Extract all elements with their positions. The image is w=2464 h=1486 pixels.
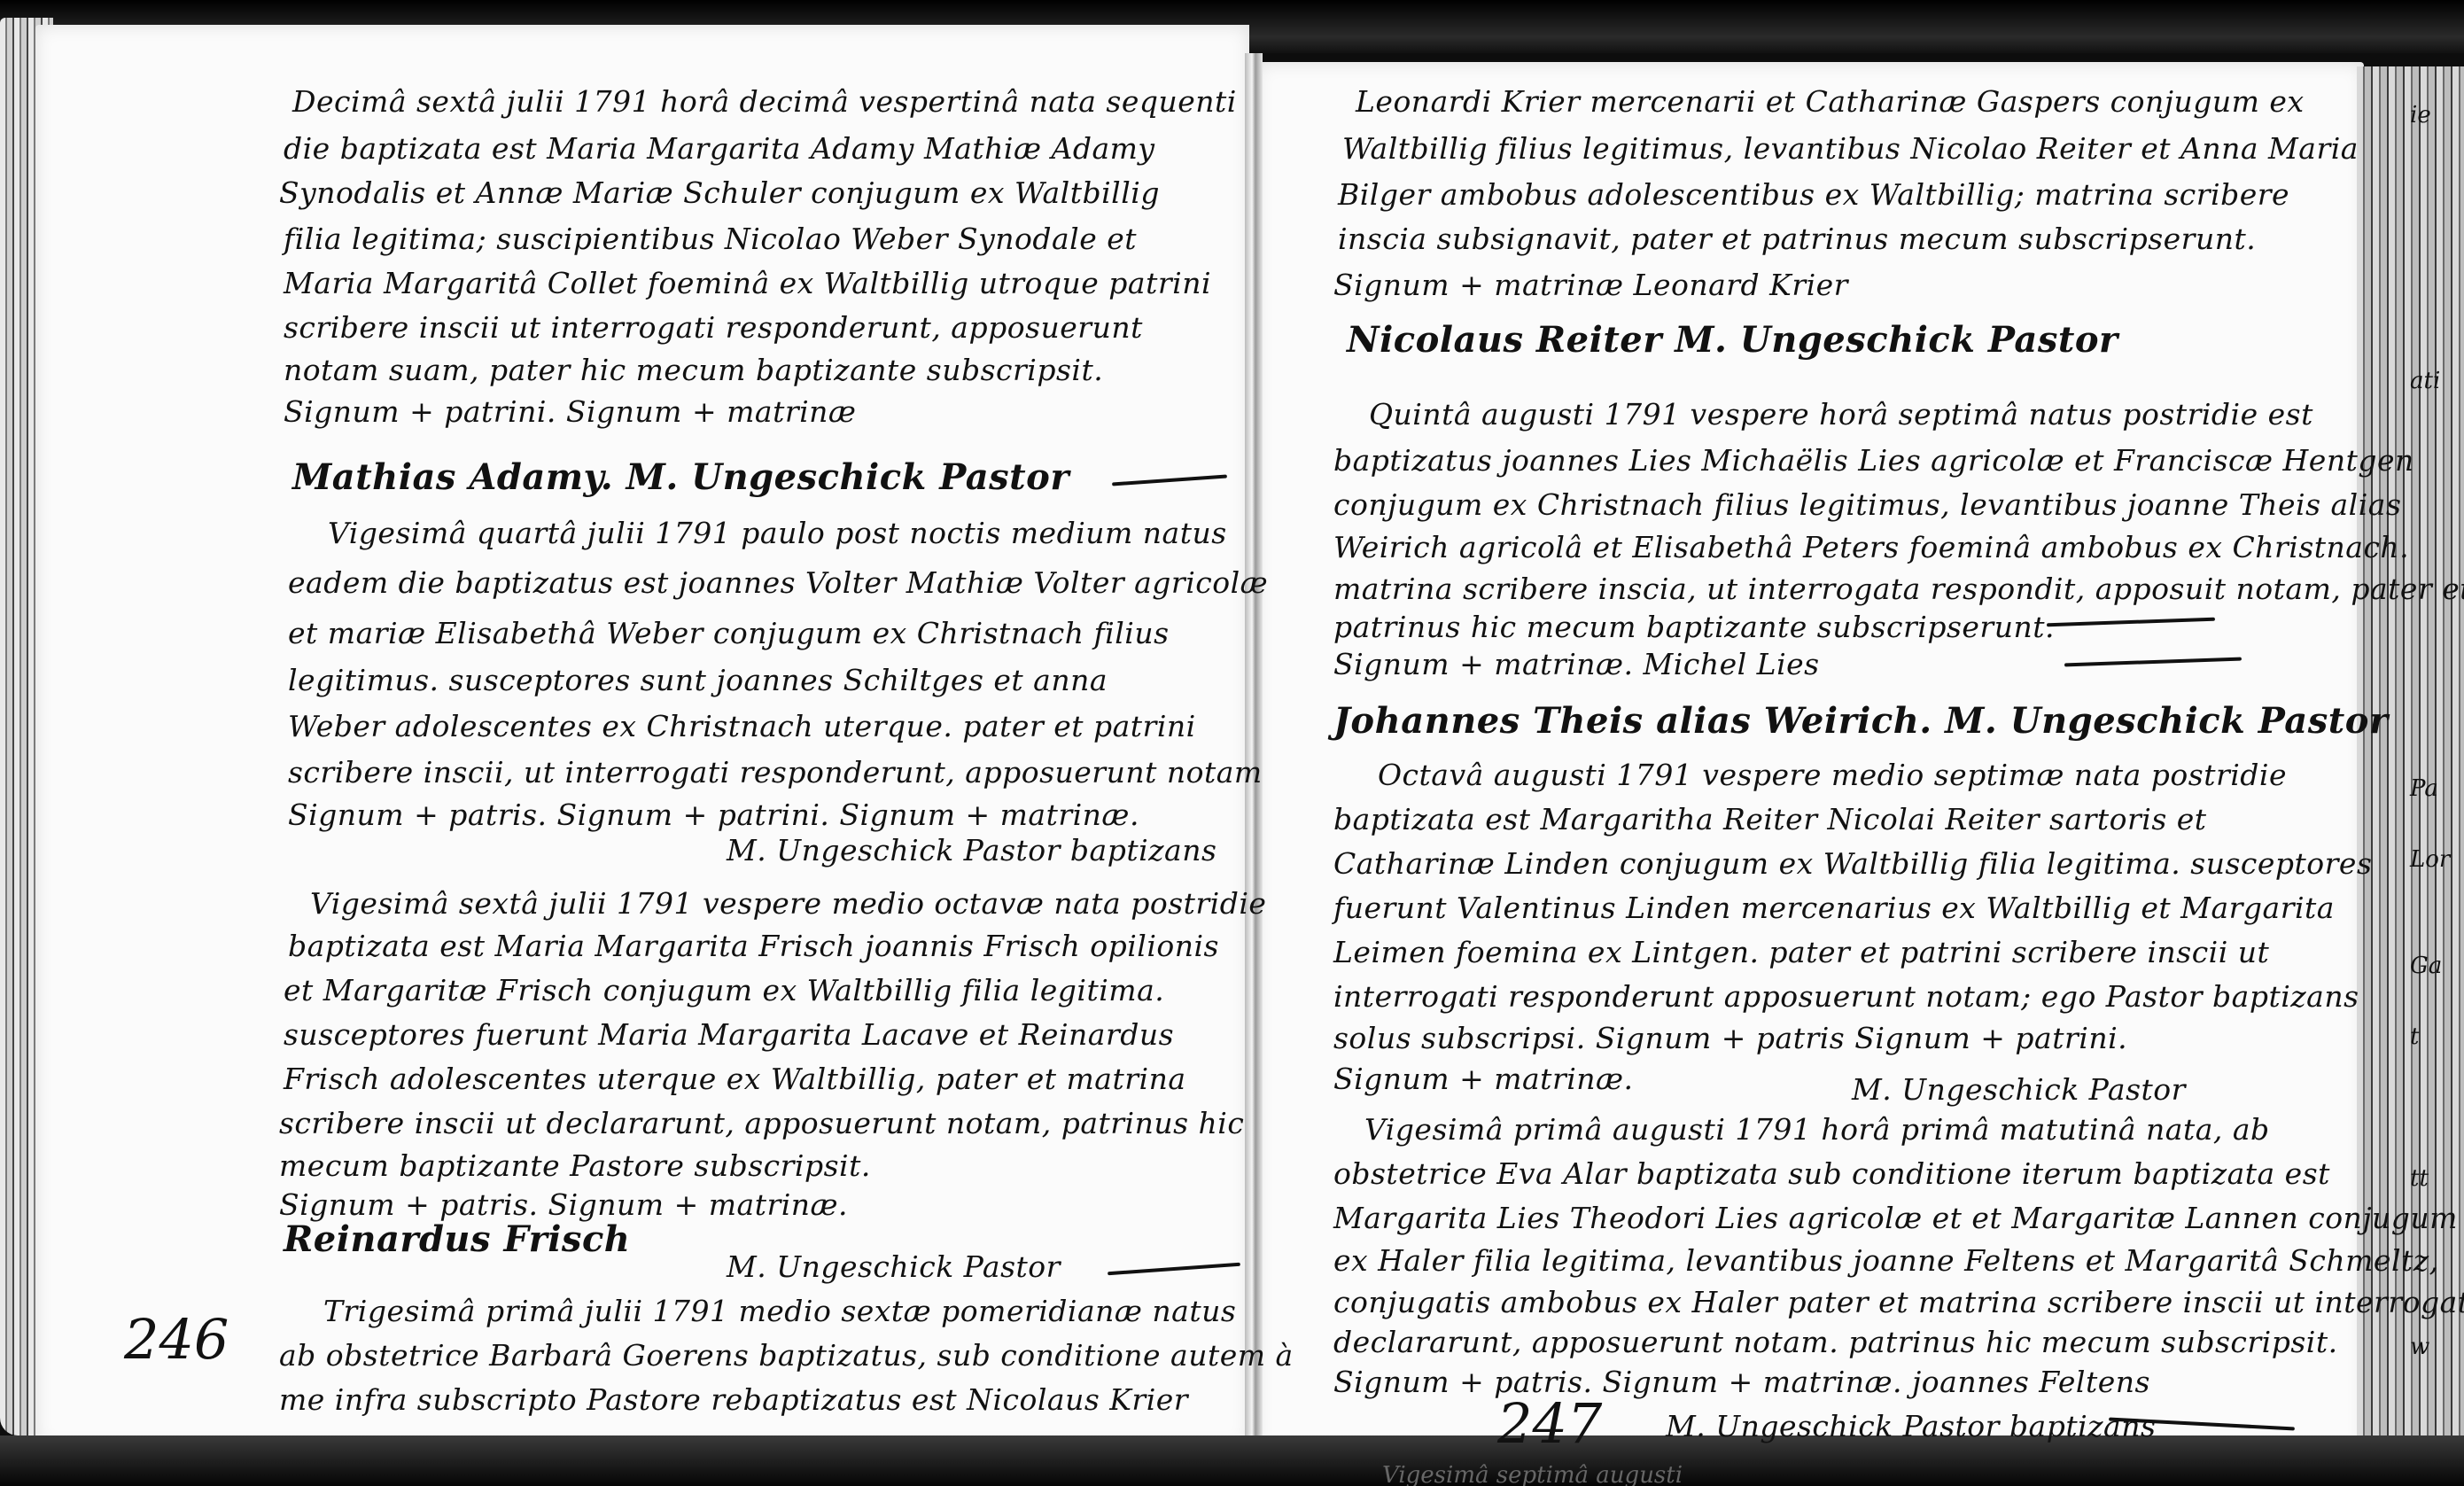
edge-fragment: t xyxy=(2410,1023,2459,1050)
register-text-line: Vigesimâ sextâ julii 1791 vespere medio … xyxy=(310,886,1266,921)
register-text-line: Signum + matrinæ. Michel Lies xyxy=(1333,647,1820,681)
edge-fragment: Ga xyxy=(2410,953,2459,979)
signature-line: Reinardus Frisch xyxy=(284,1218,630,1260)
signature-line: Johannes Theis alias Weirich. M. Ungesch… xyxy=(1333,700,2388,742)
register-text-line: notam suam, pater hic mecum baptizante s… xyxy=(284,353,1103,387)
register-text-line: baptizata est Margaritha Reiter Nicolai … xyxy=(1333,802,2207,836)
register-text-line: eadem die baptizatus est joannes Volter … xyxy=(288,565,1268,600)
register-text-line: Decimâ sextâ julii 1791 horâ decimâ vesp… xyxy=(292,84,1237,119)
signature-line: Nicolaus Reiter M. Ungeschick Pastor xyxy=(1347,319,2118,361)
edge-fragment: Pa xyxy=(2410,775,2459,802)
register-text-line: Bilger ambobus adolescentibus ex Waltbil… xyxy=(1338,177,2289,212)
left-page-number: 246 xyxy=(124,1307,229,1372)
register-text-line: M. Ungeschick Pastor baptizans xyxy=(1666,1409,2156,1443)
edge-fragment: ie xyxy=(2410,102,2459,128)
register-text-line: Leimen foemina ex Lintgen. pater et patr… xyxy=(1333,935,2269,969)
register-text-line: die baptizata est Maria Margarita Adamy … xyxy=(284,131,1155,166)
register-text-line: ab obstetrice Barbarâ Goerens baptizatus… xyxy=(279,1338,1294,1373)
next-page-bleed-text: Vigesimâ septimâ augusti xyxy=(1382,1462,1683,1486)
register-text-line: scribere inscii ut interrogati responder… xyxy=(284,310,1143,345)
register-text-line: obstetrice Eva Alar baptizata sub condit… xyxy=(1333,1156,2330,1191)
book-gutter xyxy=(1245,53,1263,1453)
register-text-line: conjugum ex Christnach filius legitimus,… xyxy=(1333,487,2401,522)
register-text-line: Signum + patris. Signum + patrini. Signu… xyxy=(288,797,1139,832)
register-text-line: M. Ungeschick Pastor xyxy=(1852,1072,2186,1107)
register-text-line: M. Ungeschick Pastor baptizans xyxy=(727,833,1216,867)
register-text-line: Trigesimâ primâ julii 1791 medio sextæ p… xyxy=(323,1294,1236,1328)
signature-line: Mathias Adamy. M. Ungeschick Pastor xyxy=(292,456,1069,498)
register-text-line: filia legitima; suscipientibus Nicolao W… xyxy=(284,222,1137,256)
edge-fragment: w xyxy=(2410,1334,2459,1360)
register-text-line: patrinus hic mecum baptizante subscripse… xyxy=(1333,610,2055,644)
register-text-line: baptizata est Maria Margarita Frisch joa… xyxy=(288,929,1219,963)
register-text-line: Vigesimâ primâ augusti 1791 horâ primâ m… xyxy=(1364,1112,2270,1147)
register-text-line: solus subscripsi. Signum + patris Signum… xyxy=(1333,1021,2127,1055)
register-text-line: baptizatus joannes Lies Michaëlis Lies a… xyxy=(1333,443,2414,478)
register-text-line: Leonardi Krier mercenarii et Catharinæ G… xyxy=(1356,84,2305,119)
edge-fragment: Lor xyxy=(2410,846,2459,873)
register-text-line: conjugatis ambobus ex Haler pater et mat… xyxy=(1333,1285,2464,1319)
edge-fragment: tt xyxy=(2410,1165,2459,1192)
register-text-line: Signum + matrinæ Leonard Krier xyxy=(1333,268,1848,302)
register-spread: ie ati Pa Lor Ga t tt w Vigesimâ septimâ… xyxy=(0,0,2464,1486)
register-text-line: Signum + patris. Signum + matrinæ. xyxy=(279,1187,848,1222)
register-text-line: Catharinæ Linden conjugum ex Waltbillig … xyxy=(1333,846,2372,881)
register-text-line: Signum + patrini. Signum + matrinæ xyxy=(284,394,856,429)
register-text-line: et Margaritæ Frisch conjugum ex Waltbill… xyxy=(284,973,1164,1008)
register-text-line: Octavâ augusti 1791 vespere medio septim… xyxy=(1378,758,2287,792)
register-text-line: interrogati responderunt apposuerunt not… xyxy=(1333,979,2359,1014)
right-page-number: 247 xyxy=(1497,1391,1602,1456)
register-text-line: inscia subsignavit, pater et patrinus me… xyxy=(1338,222,2256,256)
register-text-line: scribere inscii ut declararunt, apposuer… xyxy=(279,1106,1244,1140)
register-text-line: Weirich agricolâ et Elisabethâ Peters fo… xyxy=(1333,530,2409,564)
register-text-line: ex Haler filia legitima, levantibus joan… xyxy=(1333,1243,2439,1278)
register-text-line: declararunt, apposuerunt notam. patrinus… xyxy=(1333,1325,2338,1359)
register-text-line: susceptores fuerunt Maria Margarita Laca… xyxy=(284,1017,1174,1052)
register-text-line: scribere inscii, ut interrogati responde… xyxy=(288,755,1263,790)
register-text-line: me infra subscripto Pastore rebaptizatus… xyxy=(279,1382,1188,1417)
register-text-line: Vigesimâ quartâ julii 1791 paulo post no… xyxy=(328,516,1227,550)
register-text-line: Waltbillig filius legitimus, levantibus … xyxy=(1342,131,2359,166)
register-text-line: et mariæ Elisabethâ Weber conjugum ex Ch… xyxy=(288,616,1170,650)
register-text-line: mecum baptizante Pastore subscripsit. xyxy=(279,1148,871,1183)
edge-fragment: ati xyxy=(2410,368,2459,394)
register-text-line: Weber adolescentes ex Christnach uterque… xyxy=(288,709,1196,743)
register-text-line: Frisch adolescentes uterque ex Waltbilli… xyxy=(284,1062,1186,1096)
register-text-line: legitimus. susceptores sunt joannes Schi… xyxy=(288,663,1108,697)
register-text-line: Margarita Lies Theodori Lies agricolæ et… xyxy=(1333,1201,2458,1235)
register-text-line: matrina scribere inscia, ut interrogata … xyxy=(1333,572,2464,606)
register-text-line: fuerunt Valentinus Linden mercenarius ex… xyxy=(1333,891,2335,925)
right-page-stack-edge: ie ati Pa Lor Ga t tt w xyxy=(2357,66,2464,1449)
register-text-line: Maria Margaritâ Collet foeminâ ex Waltbi… xyxy=(284,266,1211,300)
register-text-line: Signum + patris. Signum + matrinæ. joann… xyxy=(1333,1365,2150,1399)
register-text-line: Quintâ augusti 1791 vespere horâ septimâ… xyxy=(1369,397,2313,432)
register-text-line: Signum + matrinæ. xyxy=(1333,1062,1634,1096)
register-text-line: M. Ungeschick Pastor xyxy=(727,1249,1061,1284)
register-text-line: Synodalis et Annæ Mariæ Schuler conjugum… xyxy=(279,175,1160,210)
